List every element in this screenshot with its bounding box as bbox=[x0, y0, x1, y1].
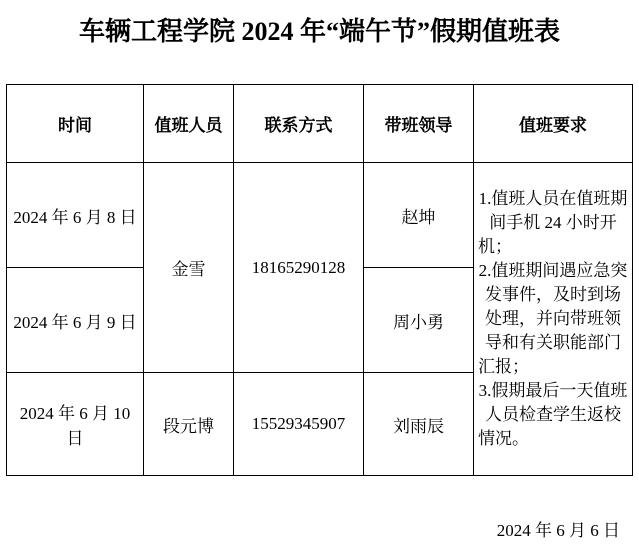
cell-leader-jun9: 周小勇 bbox=[364, 268, 474, 373]
cell-date-jun8: 2024 年 6 月 8 日 bbox=[7, 163, 144, 268]
header-row: 时间 值班人员 联系方式 带班领导 值班要求 bbox=[7, 85, 633, 163]
col-header-requirements: 值班要求 bbox=[474, 85, 633, 163]
cell-person-merged: 金雪 bbox=[144, 163, 234, 373]
document-date: 2024 年 6 月 6 日 bbox=[0, 516, 639, 541]
table-row: 2024 年 6 月 8 日 金雪 18165290128 赵坤 1.值班人员在… bbox=[7, 163, 633, 268]
requirement-item-3: 3.假期最后一天值班人员检查学生返校情况。 bbox=[478, 379, 628, 451]
cell-leader-jun8: 赵坤 bbox=[364, 163, 474, 268]
requirement-item-1: 1.值班人员在值班期间手机 24 小时开机； bbox=[478, 187, 628, 259]
col-header-leader: 带班领导 bbox=[364, 85, 474, 163]
cell-requirements: 1.值班人员在值班期间手机 24 小时开机； 2.值班期间遇应急突发事件，及时到… bbox=[474, 163, 633, 476]
cell-contact-merged: 18165290128 bbox=[234, 163, 364, 373]
cell-person-jun10: 段元博 bbox=[144, 373, 234, 476]
cell-contact-jun10: 15529345907 bbox=[234, 373, 364, 476]
cell-date-jun9: 2024 年 6 月 9 日 bbox=[7, 268, 144, 373]
page-title: 车辆工程学院 2024 年“端午节”假期值班表 bbox=[0, 0, 639, 49]
col-header-time: 时间 bbox=[7, 85, 144, 163]
col-header-person: 值班人员 bbox=[144, 85, 234, 163]
col-header-contact: 联系方式 bbox=[234, 85, 364, 163]
cell-date-jun10: 2024 年 6 月 10 日 bbox=[7, 373, 144, 476]
duty-roster-document: 车辆工程学院 2024 年“端午节”假期值班表 时间 值班人员 联系方式 带班领… bbox=[0, 0, 639, 555]
cell-leader-jun10: 刘雨辰 bbox=[364, 373, 474, 476]
requirement-item-2: 2.值班期间遇应急突发事件，及时到场处理，并向带班领导和有关职能部门汇报； bbox=[478, 259, 628, 379]
duty-table: 时间 值班人员 联系方式 带班领导 值班要求 2024 年 6 月 8 日 金雪… bbox=[6, 84, 633, 476]
